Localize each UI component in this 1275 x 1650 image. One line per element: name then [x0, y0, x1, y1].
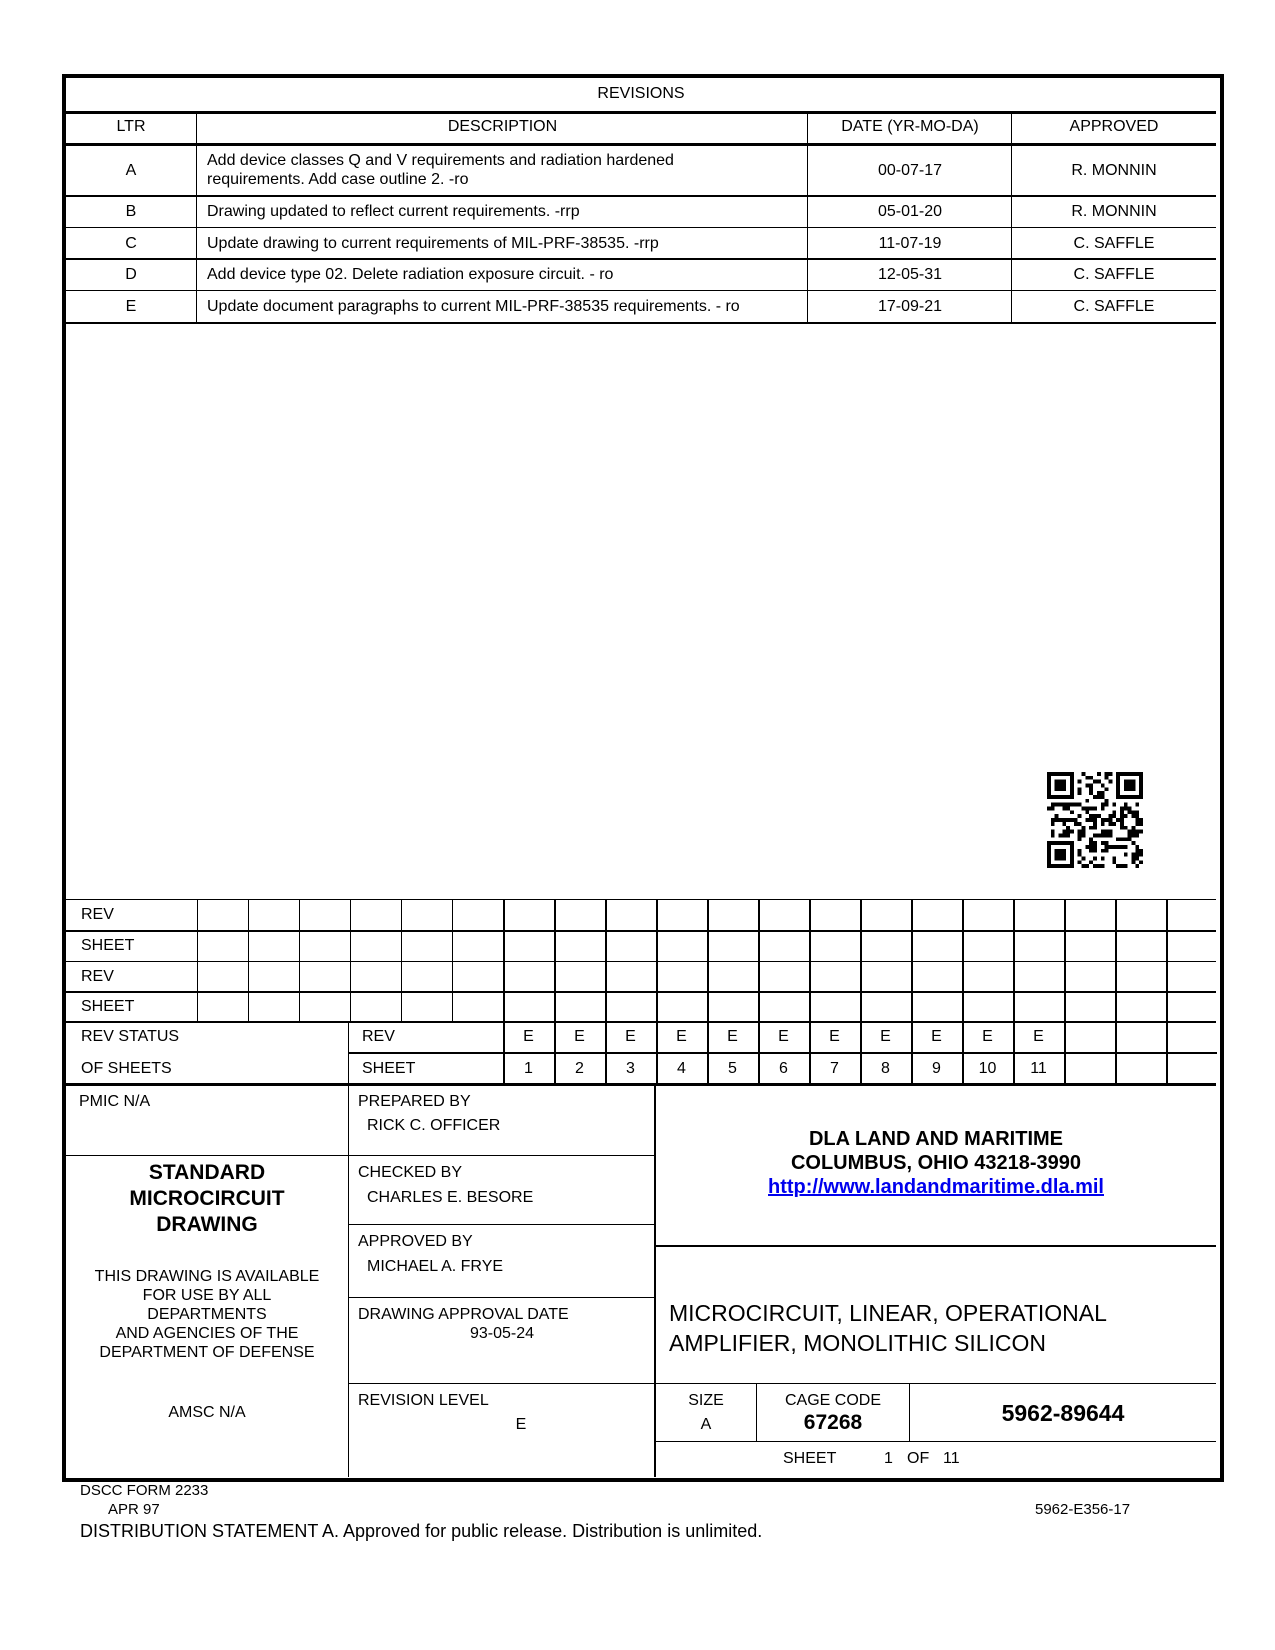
divider — [656, 1441, 1216, 1442]
rev-status-cell: E — [911, 1027, 962, 1046]
divider — [66, 227, 1216, 228]
rev-status-cell: E — [758, 1027, 809, 1046]
divider — [66, 899, 1216, 900]
agency-url-link[interactable]: http://www.landandmaritime.dla.mil — [768, 1176, 1104, 1198]
sheet-number-cell: 8 — [860, 1059, 911, 1078]
rev-description: Add device type 02. Delete radiation exp… — [207, 265, 613, 284]
divider — [349, 1383, 655, 1384]
qr-code-icon — [1047, 772, 1143, 868]
drawing-number: 5962-89644 — [910, 1399, 1216, 1427]
rev-status-cell: E — [1013, 1027, 1064, 1046]
rev-status-cell: E — [860, 1027, 911, 1046]
rev-ltr: E — [66, 297, 196, 316]
sheet-number-cell: 4 — [656, 1059, 707, 1078]
approval-date-label: DRAWING APPROVAL DATE — [358, 1305, 569, 1324]
cage-code-label: CAGE CODE — [757, 1391, 909, 1410]
divider — [1064, 899, 1066, 1021]
rev-label: REV — [362, 1027, 395, 1046]
rev-description: Update drawing to current requirements o… — [207, 234, 659, 253]
availability-4: AND AGENCIES OF THE — [66, 1324, 348, 1343]
sheet-number-cell: 11 — [1013, 1059, 1064, 1078]
prepared-by: RICK C. OFFICER — [367, 1116, 500, 1135]
divider — [248, 899, 249, 1021]
divider — [401, 899, 402, 1021]
size-label: SIZE — [656, 1391, 756, 1410]
divider — [707, 899, 709, 1021]
divider — [962, 899, 964, 1021]
divider — [1166, 1021, 1168, 1083]
of-sheets-label: OF SHEETS — [81, 1059, 172, 1078]
rev-ltr: C — [66, 234, 196, 253]
prepared-by-label: PREPARED BY — [358, 1092, 471, 1111]
sheet-number: 1 — [884, 1449, 893, 1468]
rev-description: Drawing updated to reflect current requi… — [207, 202, 580, 221]
standard-title-2: MICROCIRCUIT — [66, 1186, 348, 1212]
rev-date: 12-05-31 — [808, 265, 1012, 284]
divider — [66, 991, 1216, 993]
divider — [809, 899, 811, 1021]
divider — [66, 1021, 1216, 1023]
sheet-label: SHEET — [362, 1059, 415, 1078]
divider — [66, 290, 1216, 291]
revisions-title: REVISIONS — [66, 84, 1216, 103]
approval-date: 93-05-24 — [349, 1324, 655, 1343]
revision-level: E — [349, 1415, 655, 1434]
standard-title-1: STANDARD — [66, 1160, 348, 1186]
agency-url-wrap: http://www.landandmaritime.dla.mil — [656, 1175, 1216, 1199]
availability-1: THIS DRAWING IS AVAILABLE — [66, 1267, 348, 1286]
sheet-label: SHEET — [783, 1449, 836, 1468]
divider — [1064, 1021, 1066, 1083]
rev-status-cell: E — [962, 1027, 1013, 1046]
sheet-number-cell: 1 — [503, 1059, 554, 1078]
divider — [656, 899, 658, 1021]
divider — [1166, 899, 1168, 1021]
approved-by: MICHAEL A. FRYE — [367, 1257, 503, 1276]
rev-approved: R. MONNIN — [1012, 161, 1216, 180]
rev-date: 11-07-19 — [808, 234, 1012, 253]
form-date: APR 97 — [108, 1500, 160, 1519]
grid-row-label: SHEET — [81, 936, 134, 955]
divider — [860, 899, 862, 1021]
divider — [1115, 899, 1117, 1021]
divider — [66, 961, 1216, 962]
rev-ltr: B — [66, 202, 196, 221]
divider — [1115, 1021, 1117, 1083]
sheet-number-cell: 3 — [605, 1059, 656, 1078]
drawing-title-2: AMPLIFIER, MONOLITHIC SILICON — [669, 1328, 1046, 1358]
divider — [66, 195, 1216, 197]
col-header-approved: APPROVED — [1012, 117, 1216, 136]
divider — [656, 1383, 1216, 1384]
divider — [66, 1155, 348, 1156]
col-header-date: DATE (YR-MO-DA) — [808, 117, 1012, 136]
divider — [349, 1155, 655, 1156]
rev-approved: C. SAFFLE — [1012, 297, 1216, 316]
divider — [66, 143, 1216, 146]
divider — [911, 899, 913, 1021]
amsc: AMSC N/A — [66, 1403, 348, 1422]
availability-3: DEPARTMENTS — [66, 1305, 348, 1324]
sheet-number-cell: 9 — [911, 1059, 962, 1078]
divider — [452, 899, 453, 1021]
divider — [1013, 899, 1015, 1021]
rev-date: 05-01-20 — [808, 202, 1012, 221]
checked-by: CHARLES E. BESORE — [367, 1188, 533, 1207]
distribution-statement: DISTRIBUTION STATEMENT A. Approved for p… — [80, 1520, 762, 1542]
divider — [66, 322, 1216, 324]
rev-ltr: A — [66, 161, 196, 180]
size-value: A — [656, 1415, 756, 1434]
rev-status-cell: E — [656, 1027, 707, 1046]
divider — [349, 1224, 655, 1225]
agency-address: COLUMBUS, OHIO 43218-3990 — [656, 1151, 1216, 1175]
rev-status-label: REV STATUS — [81, 1027, 179, 1046]
divider — [554, 899, 556, 1021]
divider — [66, 1083, 1216, 1086]
rev-status-cell: E — [605, 1027, 656, 1046]
divider — [349, 1052, 1217, 1054]
doc-code: 5962-E356-17 — [1035, 1500, 1130, 1519]
drawing-title-1: MICROCIRCUIT, LINEAR, OPERATIONAL — [669, 1298, 1107, 1328]
col-header-description: DESCRIPTION — [197, 117, 808, 136]
sheet-number-cell: 6 — [758, 1059, 809, 1078]
rev-description: Add device classes Q and V requirements … — [207, 151, 674, 170]
divider — [348, 1021, 349, 1083]
divider — [503, 899, 505, 1021]
standard-title-3: DRAWING — [66, 1212, 348, 1238]
rev-date: 00-07-17 — [808, 161, 1012, 180]
sheet-number-cell: 7 — [809, 1059, 860, 1078]
divider — [196, 112, 197, 323]
of-label: OF — [907, 1449, 929, 1468]
pmic: PMIC N/A — [79, 1092, 150, 1111]
rev-ltr: D — [66, 265, 196, 284]
cage-code: 67268 — [757, 1411, 909, 1435]
grid-row-label: SHEET — [81, 997, 134, 1016]
rev-description: Update document paragraphs to current MI… — [207, 297, 740, 316]
grid-row-label: REV — [81, 905, 114, 924]
divider — [656, 1245, 1216, 1247]
col-header-ltr: LTR — [66, 117, 196, 136]
rev-approved: R. MONNIN — [1012, 202, 1216, 221]
grid-row-label: REV — [81, 967, 114, 986]
agency-name: DLA LAND AND MARITIME — [656, 1127, 1216, 1151]
revision-level-label: REVISION LEVEL — [358, 1391, 489, 1410]
divider — [299, 899, 300, 1021]
rev-approved: C. SAFFLE — [1012, 265, 1216, 284]
divider — [66, 258, 1216, 260]
rev-status-cell: E — [707, 1027, 758, 1046]
divider — [758, 899, 760, 1021]
availability-5: DEPARTMENT OF DEFENSE — [66, 1343, 348, 1362]
rev-status-cell: E — [503, 1027, 554, 1046]
sheet-number-cell: 2 — [554, 1059, 605, 1078]
divider — [66, 111, 1216, 114]
availability-2: FOR USE BY ALL — [66, 1286, 348, 1305]
rev-description-cont: requirements. Add case outline 2. -ro — [207, 170, 468, 189]
sheet-number-cell: 5 — [707, 1059, 758, 1078]
approved-by-label: APPROVED BY — [358, 1232, 473, 1251]
rev-status-cell: E — [554, 1027, 605, 1046]
divider — [349, 1297, 655, 1298]
divider — [66, 930, 1216, 932]
rev-status-cell: E — [809, 1027, 860, 1046]
form-number: DSCC FORM 2233 — [80, 1481, 208, 1500]
divider — [197, 899, 198, 1021]
divider — [605, 899, 607, 1021]
sheet-number-cell: 10 — [962, 1059, 1013, 1078]
divider — [350, 899, 351, 1021]
rev-approved: C. SAFFLE — [1012, 234, 1216, 253]
rev-date: 17-09-21 — [808, 297, 1012, 316]
sheet-total: 11 — [943, 1449, 960, 1468]
checked-by-label: CHECKED BY — [358, 1163, 462, 1182]
